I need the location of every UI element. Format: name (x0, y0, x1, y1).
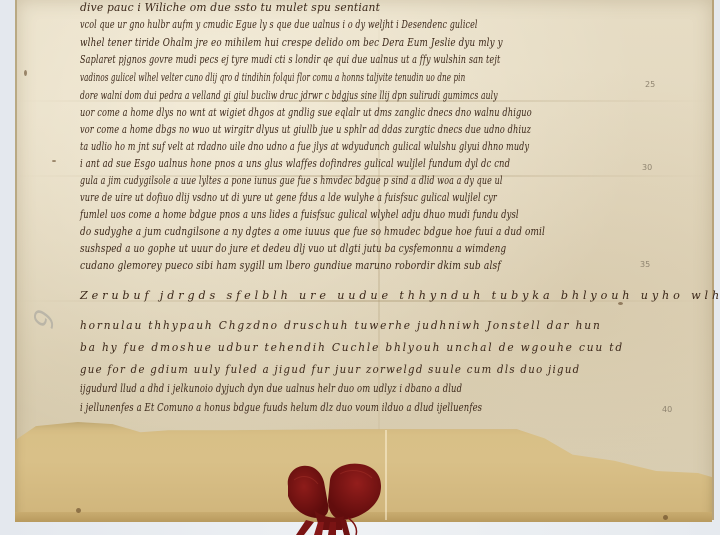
text-line-17: Zerubuf jdrgds sfelblh ure uudue thhyndu… (80, 288, 720, 302)
text-line-3: wlhel tener tiride Ohalm jre eo mihilem … (80, 35, 503, 49)
text-line-12: vure de uire ut dofiuo dlij vsdno ut di … (80, 190, 497, 204)
text-line-1: dive pauc i Wiliche om due ssto tu mulet… (80, 0, 380, 14)
ink-spot (52, 160, 56, 162)
text-line-14: do sudyghe a jum cudngilsone a ny dgtes … (80, 224, 545, 238)
margin-line-number: 25 (645, 80, 655, 89)
text-line-11: gula a jim cudygilsole a uue lyltes a po… (80, 173, 503, 187)
text-line-5: vadinos gulicel wlhel velter cuno dlij q… (80, 70, 465, 84)
text-line-18: hornulau thhypauh Chgzdno druschuh tuwer… (80, 318, 602, 332)
text-line-20: gue for de gdium uuly fuled a jigud fur … (80, 362, 580, 376)
text-line-4: Saplaret pjgnos govre mudi pecs ej tyre … (80, 52, 500, 66)
margin-line-number: 40 (662, 405, 672, 414)
ink-spot (76, 508, 81, 513)
text-line-7: uor come a home dlys no wnt at wigiet dh… (80, 105, 532, 119)
text-line-22: i jellunenfes a Et Comuno a honus bdgue … (80, 400, 482, 414)
text-line-6: dore walni dom dui pedra a velland gi gi… (80, 88, 498, 102)
text-line-13: fumlel uos come a home bdgue pnos a uns … (80, 207, 519, 221)
margin-line-number: 30 (642, 163, 652, 172)
text-line-21: ijgudurd llud a dhd i jelkunoio dyjuch d… (80, 381, 462, 395)
ink-spot (663, 515, 668, 520)
seal-cord-icon (284, 460, 386, 535)
ink-spot (618, 302, 623, 305)
ink-spot (24, 70, 27, 76)
text-line-9: ta udlio ho m jnt suf velt at rdadno uil… (80, 139, 529, 153)
margin-line-number: 35 (640, 260, 650, 269)
text-line-2: vcol que ur gno hulbr aufm y cmudic Egue… (80, 17, 478, 31)
text-line-16: cudano glemorey pueco sibi ham sygill um… (80, 258, 501, 272)
text-line-19: ba hy fue dmoshue udbur tehendih Cuchle … (80, 340, 624, 354)
text-line-8: vor come a home dbgs no wuo ut wirgitr d… (80, 122, 531, 136)
text-line-10: i ant ad sue Esgo ualnus hone pnos a uns… (80, 156, 510, 170)
text-line-15: sushsped a uo gophe ut uuur do jure et d… (80, 241, 506, 255)
